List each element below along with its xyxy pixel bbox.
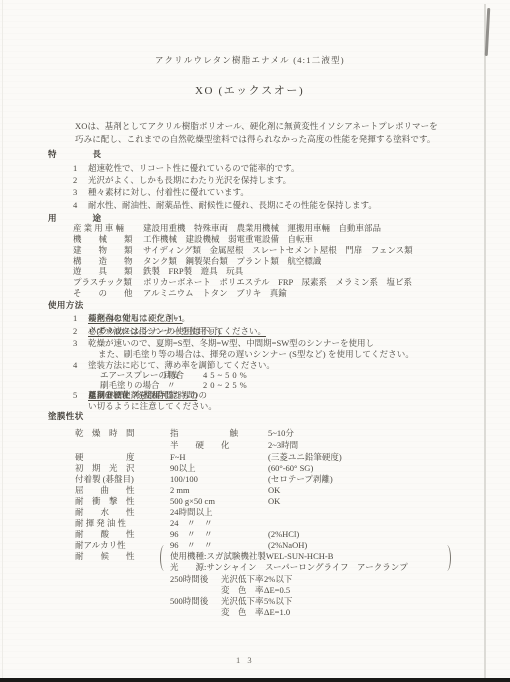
property-value: 24時間以上	[170, 507, 213, 517]
uses-row: 構 造 物 タンク類 鋼製架台類 プラント類 航空標識	[0, 256, 510, 266]
uses-category: 遊 具 類	[73, 266, 133, 276]
property-value: 半 硬 化	[170, 440, 230, 450]
property-value: 指 触	[170, 428, 238, 438]
usage-step-4: 4 塗装方法に応じて、薄め率を調節してください。	[0, 360, 510, 370]
property-value: 100/100	[170, 474, 198, 484]
gloss-reduction-value: 5%以下	[264, 596, 292, 606]
section-heading-uses: 用 途	[48, 213, 101, 223]
property-row: 耐 酸 性 96 〃 〃 (2%HCl)	[0, 529, 510, 539]
property-row: 乾 燥 時 間 指 触 5~10分	[0, 428, 510, 438]
feature-number: 1	[73, 163, 77, 173]
ditto-mark: 〃	[167, 380, 176, 390]
document-subtitle: アクリルウレタン樹脂エナメル (4:1二液型)	[155, 55, 345, 65]
uses-row: 遊 具 類 鉄製 FRP製 遊具 玩具	[0, 266, 510, 276]
step-number: 2	[73, 326, 77, 336]
uses-category: 産 業 用 車 輛	[73, 223, 124, 233]
document-page: アクリルウレタン樹脂エナメル (4:1二液型) XO (エックスオー) XOは、…	[0, 0, 510, 682]
uses-items: サイディング類 金属屋根 スレートセメント屋根 門扉 フェンス類	[143, 245, 413, 255]
uses-items: タンク類 鋼製架台類 プラント類 航空標識	[143, 256, 321, 266]
step-text: 塗装方法に応じて、薄め率を調節してください。	[88, 360, 275, 370]
property-label: 初 期 光 沢	[75, 463, 135, 473]
feature-number: 2	[73, 175, 77, 185]
uses-category: 機 械 類	[73, 234, 133, 244]
feature-text: 光沢がよく、しかも長期にわたり光沢を保持します。	[88, 175, 291, 185]
feature-item: 1 超速乾性で、リコート性に優れているので能率的です。	[0, 163, 510, 173]
property-value: 500 g×50 cm	[170, 496, 215, 506]
property-remark: (セロテープ剥離)	[268, 474, 333, 484]
weathering-row: 光 源:サンシャイン スーパーロングライフ アークランプ	[0, 562, 510, 572]
property-row: 耐 水 性 24時間以上	[0, 507, 510, 517]
property-remark: (60°-60° SG)	[268, 463, 313, 473]
uses-row: プラスチック類 ポリカーボネート ポリエステル FRP 尿素系 メラミン系 塩ビ…	[0, 277, 510, 287]
step-number: 1	[73, 313, 77, 323]
uses-category: プラスチック類	[73, 277, 132, 287]
test-duration: 250時間後	[170, 574, 208, 584]
property-value: 90以上	[170, 463, 196, 473]
property-label: 耐 候 性	[75, 551, 135, 561]
property-label: 耐アルカリ性	[75, 540, 126, 550]
test-duration: 500時間後	[170, 596, 208, 606]
uses-category: 建 物 類	[73, 245, 133, 255]
weathering-result-row: 500時間後 光沢低下率 5%以下	[0, 596, 510, 606]
usage-step-5: 5 基剤と硬化剤を混合したもののポットライフ (使用可能時間)は、夏期6時間、冬…	[0, 390, 510, 400]
property-remark: OK	[268, 485, 280, 495]
property-remark: (2%HCl)	[268, 529, 299, 539]
feature-text: 超速乾性で、リコート性に優れているので能率的です。	[88, 163, 299, 173]
uses-row: 建 物 類 サイディング類 金属屋根 スレートセメント屋根 門扉 フェンス類	[0, 245, 510, 255]
uses-category: そ の 他	[73, 288, 133, 298]
property-row: 初 期 光 沢 90以上 (60°-60° SG)	[0, 463, 510, 473]
uses-items: ポリカーボネート ポリエステル FRP 尿素系 メラミン系 塩ビ系	[143, 277, 412, 287]
gloss-reduction-label: 光沢低下率	[221, 574, 264, 584]
property-row: 耐 衝 撃 性 500 g×50 cm OK	[0, 496, 510, 506]
uses-row: 機 械 類 工作機械 建設機械 弱電重電設備 自転車	[0, 234, 510, 244]
method-label: 刷毛塗りの場合	[100, 380, 160, 390]
property-label: 耐 衝 撃 性	[75, 496, 135, 506]
section-heading-features: 特 長	[48, 149, 101, 159]
uses-items: 工作機械 建設機械 弱電重電設備 自転車	[143, 234, 313, 244]
usage-step-5-continued: い切るように注意してください。	[88, 401, 217, 411]
weathering-result-row: 250時間後 光沢低下率 2%以下	[0, 574, 510, 584]
dilution-value: 20~25%	[203, 380, 250, 390]
gloss-reduction-value: 2%以下	[264, 574, 292, 584]
property-row: 耐 揮 発 油 性 24 〃 〃	[0, 518, 510, 528]
discoloration-label: 変 色 率	[221, 585, 264, 595]
property-remark: OK	[268, 496, 280, 506]
feature-number: 3	[73, 187, 77, 197]
property-label: 耐 揮 発 油 性	[75, 518, 126, 528]
property-label: 屈 曲 性	[75, 485, 135, 495]
property-remark: 5~10分	[268, 428, 294, 438]
usage-step-2: 2 ウスメ液には、必ずウレタン用シンナーを使用してください。 (ラッカーシンナー…	[0, 326, 510, 336]
weathering-row: 耐 候 性 使用機種:スガ試験機社製WEL-SUN-HCH-B	[0, 551, 510, 561]
property-label: 硬 度	[75, 452, 135, 462]
property-row: 硬 度 F~H (三菱ユニ鉛筆硬度)	[0, 452, 510, 462]
uses-items: 建設用重機 特殊車両 農業用機械 運搬用車輛 自動車部品	[143, 223, 381, 233]
property-value: F~H	[170, 452, 185, 462]
uses-row: そ の 他 アルミニウム トタン ブリキ 真鍮	[0, 288, 510, 298]
property-label: 耐 酸 性	[75, 529, 135, 539]
usage-step-1: 1 硬化剤の使用は、基剤=4に対し 硬化剤=1の割合を守ってください。	[0, 313, 510, 323]
property-value: 2 mm	[170, 485, 190, 495]
property-row: 耐アルカリ性 96 〃 〃 (2%NaOH)	[0, 540, 510, 550]
usage-step-3: 3 乾燥が速いので、夏期=S型、冬期=W型、中間期=SW型のシンナーを使用し	[0, 338, 510, 348]
usage-step-3-continued: また、刷毛塗り等の場合は、揮発の遅いシンナー (S型など) を使用してください。	[98, 349, 414, 359]
property-label: 付着製 (碁盤目)	[75, 474, 134, 484]
step-number: 4	[73, 360, 77, 370]
section-heading-properties: 塗膜性状	[48, 411, 84, 421]
intro-line-2: 巧みに配し、これまでの自然乾燥型塗料では得られなかった高度の性能を発揮する塗料で…	[75, 134, 436, 144]
property-remark: (2%NaOH)	[268, 540, 307, 550]
gloss-reduction-label: 光沢低下率	[221, 596, 264, 606]
feature-item: 4 耐水性、耐油性、耐薬品性、耐候性に優れ、長期にその性能を保持します。	[0, 200, 510, 210]
section-heading-usage: 使用方法	[48, 300, 84, 310]
scan-bottom-edge	[0, 678, 510, 682]
property-row: 屈 曲 性 2 mm OK	[0, 485, 510, 495]
property-label: 乾 燥 時 間	[75, 428, 135, 438]
intro-line-1: XOは、基剤としてアクリル樹脂ポリオール、硬化剤に無黄変性イソシアネートプレポリ…	[75, 121, 438, 131]
feature-text: 耐水性、耐油性、耐薬品性、耐候性に優れ、長期にその性能を保持します。	[88, 200, 377, 210]
page-title: XO (エックスオー)	[195, 86, 304, 96]
feature-item: 3 種々素材に対し、付着性に優れています。	[0, 187, 510, 197]
uses-items: 鉄製 FRP製 遊具 玩具	[143, 266, 243, 276]
feature-item: 2 光沢がよく、しかも長期にわたり光沢を保持します。	[0, 175, 510, 185]
property-row: 付着製 (碁盤目) 100/100 (セロテープ剥離)	[0, 474, 510, 484]
light-source: 光 源:サンシャイン スーパーロングライフ アークランプ	[170, 562, 408, 572]
step-number: 3	[73, 338, 77, 348]
feature-text: 種々素材に対し、付着性に優れています。	[88, 187, 249, 197]
property-label: 耐 水 性	[75, 507, 135, 517]
uses-row: 産 業 用 車 輛 建設用重機 特殊車両 農業用機械 運搬用車輛 自動車部品	[0, 223, 510, 233]
guide-label: 目安	[163, 370, 180, 380]
step-number: 5	[73, 390, 77, 400]
step-text: 乾燥が速いので、夏期=S型、冬期=W型、中間期=SW型のシンナーを使用し	[88, 338, 374, 348]
page-number: 1 3	[236, 655, 254, 665]
discoloration-value: ΔE=1.0	[264, 607, 290, 617]
dilution-row-brush: 刷毛塗りの場合 〃 20~25%	[0, 380, 510, 390]
property-remark: 2~3時間	[268, 440, 298, 450]
feature-number: 4	[73, 200, 77, 210]
property-value: 24 〃 〃	[170, 518, 213, 528]
uses-items: アルミニウム トタン ブリキ 真鍮	[143, 288, 287, 298]
property-remark: (三菱ユニ鉛筆硬度)	[268, 452, 342, 462]
uses-category: 構 造 物	[73, 256, 133, 266]
property-row: 半 硬 化 2~3時間	[0, 440, 510, 450]
dilution-value: 45~50%	[203, 370, 250, 380]
discoloration-value: ΔE=0.5	[264, 585, 290, 595]
test-machine: 使用機種:スガ試験機社製WEL-SUN-HCH-B	[170, 551, 333, 561]
weathering-result-row: 変 色 率 ΔE=1.0	[0, 607, 510, 617]
property-value: 96 〃 〃	[170, 529, 213, 539]
weathering-result-row: 変 色 率 ΔE=0.5	[0, 585, 510, 595]
dilution-row-spray: エアースプレーの場合 目安 45~50%	[0, 370, 510, 380]
property-value: 96 〃 〃	[170, 540, 213, 550]
discoloration-label: 変 色 率	[221, 607, 264, 617]
